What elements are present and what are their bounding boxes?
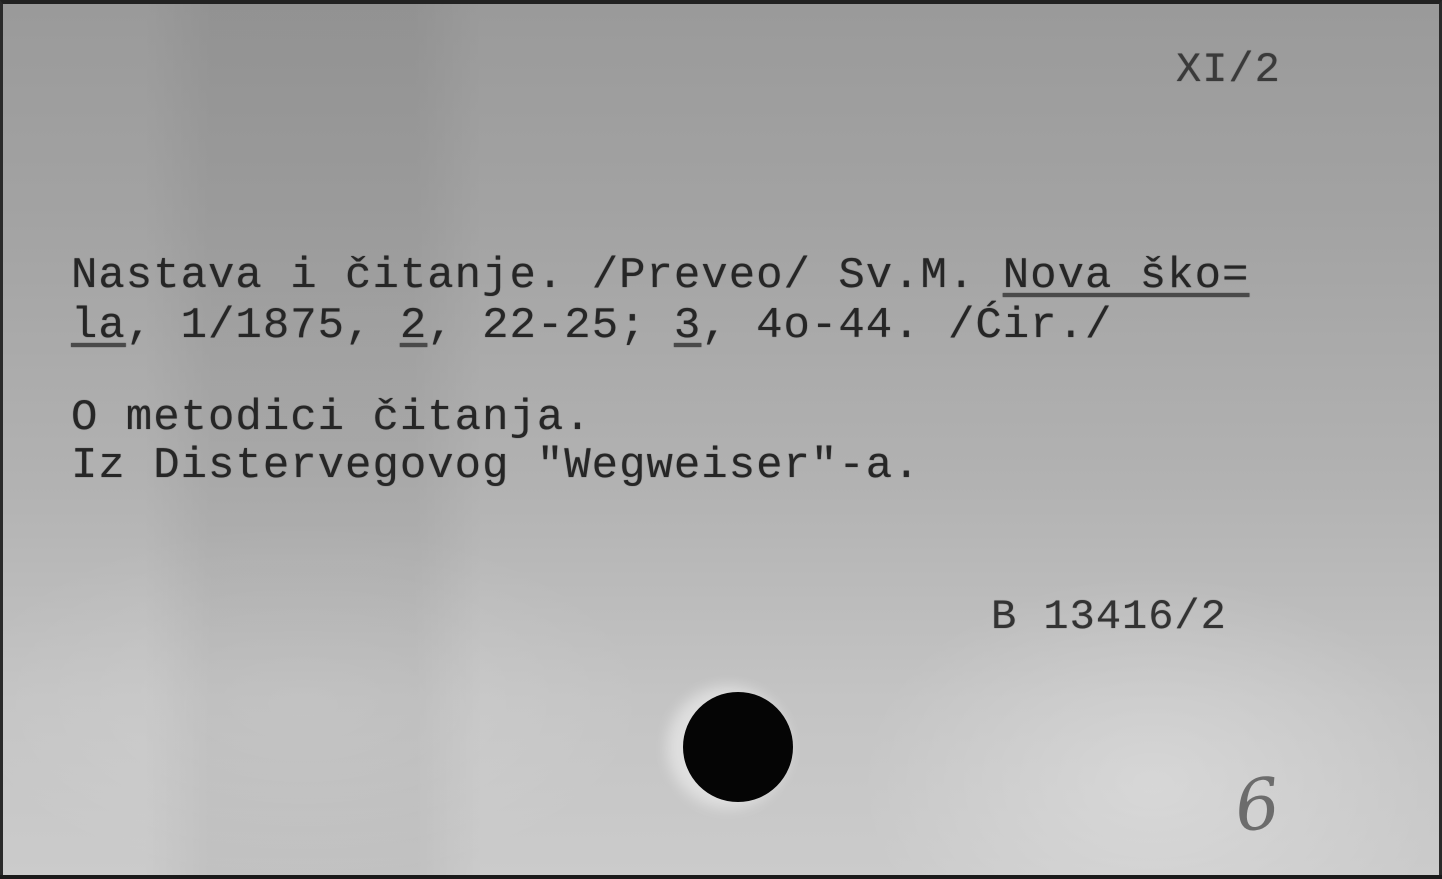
pages-a: , 22-25;: [427, 301, 674, 351]
script-note: /Ćir./: [948, 301, 1112, 351]
issue-number-b: 3: [674, 301, 701, 351]
handwritten-number: 6: [1231, 762, 1284, 848]
journal-title-part1: Nova ško=: [1003, 251, 1250, 301]
pages-b: , 4o-44.: [701, 301, 948, 351]
note-line-1: O metodici čitanja.: [71, 396, 592, 440]
call-number: B 13416/2: [991, 596, 1227, 638]
note-line-2: Iz Distervegovog "Wegweiser"-a.: [71, 444, 921, 488]
issue-number-a: 2: [400, 301, 427, 351]
punch-hole: [683, 692, 793, 802]
translator-name: Sv.M.: [811, 251, 1003, 301]
entry-title: Nastava i čitanje.: [71, 251, 592, 301]
bibliographic-entry-line-2: la, 1/1875, 2, 22-25; 3, 4o-44. /Ćir./: [71, 304, 1112, 348]
translator-note: /Preveo/: [592, 251, 811, 301]
shelfmark-label: XI/2: [1176, 49, 1281, 91]
bibliographic-entry-line-1: Nastava i čitanje. /Preveo/ Sv.M. Nova š…: [71, 254, 1249, 298]
catalog-card: XI/2 Nastava i čitanje. /Preveo/ Sv.M. N…: [0, 0, 1442, 875]
journal-title-part2: la: [71, 301, 126, 351]
volume-year: , 1/1875,: [126, 301, 400, 351]
